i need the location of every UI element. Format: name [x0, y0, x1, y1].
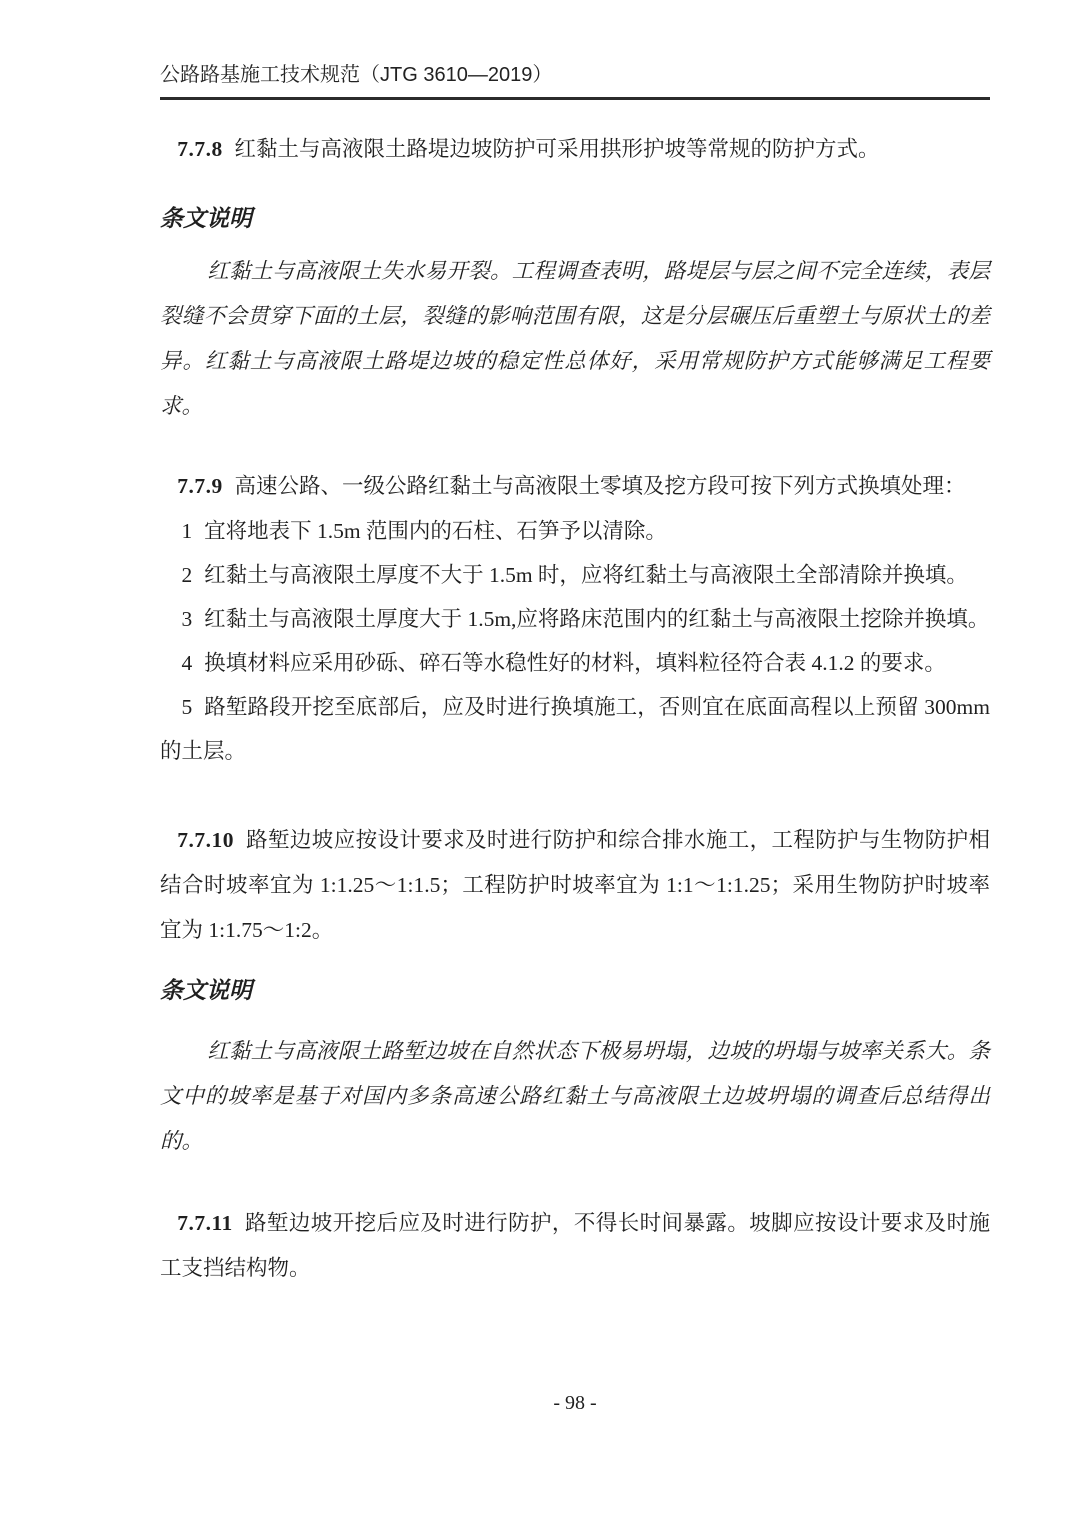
clause-text: 高速公路、一级公路红黏土与高液限土零填及挖方段可按下列方式换填处理：: [235, 474, 966, 498]
item-text: 红黏土与高液限土厚度不大于 1.5m 时，应将红黏土与高液限土全部清除并换填。: [204, 563, 968, 587]
document-page: 公路路基施工技术规范（JTG 3610—2019） 7.7.8红黏土与高液限土路…: [0, 0, 1074, 1520]
page-header: 公路路基施工技术规范（JTG 3610—2019）: [160, 62, 990, 100]
header-rule: [160, 97, 990, 100]
clause-7-7-10: 7.7.10路堑边坡应按设计要求及时进行防护和综合排水施工，工程防护与生物防护相…: [160, 818, 990, 953]
clause-text: 红黏土与高液限土路堤边坡防护可采用拱形护坡等常规的防护方式。: [235, 137, 880, 161]
item-text: 宜将地表下 1.5m 范围内的石柱、石笋予以清除。: [204, 519, 667, 543]
page-body: 7.7.8红黏土与高液限土路堤边坡防护可采用拱形护坡等常规的防护方式。 条文说明…: [160, 127, 990, 1291]
item-number: 4: [182, 651, 193, 675]
clause-7-7-9-item-4: 4换填材料应采用砂砾、碎石等水稳性好的材料，填料粒径符合表 4.1.2 的要求。: [160, 641, 990, 685]
clause-number: 7.7.8: [177, 137, 223, 161]
clause-number: 7.7.11: [177, 1211, 233, 1235]
clause-number: 7.7.10: [177, 828, 234, 852]
clause-7-7-8: 7.7.8红黏土与高液限土路堤边坡防护可采用拱形护坡等常规的防护方式。: [160, 127, 990, 172]
item-number: 2: [182, 563, 193, 587]
clause-text: 路堑边坡应按设计要求及时进行防护和综合排水施工，工程防护与生物防护相结合时坡率宜…: [160, 828, 990, 942]
clause-7-7-9-item-5: 5路堑路段开挖至底部后，应及时进行换填施工，否则宜在底面高程以上预留 300mm…: [160, 685, 990, 773]
clause-number: 7.7.9: [177, 474, 223, 498]
item-number: 5: [182, 695, 193, 719]
running-header-title: 公路路基施工技术规范（JTG 3610—2019）: [160, 62, 990, 88]
notes-heading-2: 条文说明: [160, 971, 990, 1011]
item-text: 路堑路段开挖至底部后，应及时进行换填施工，否则宜在底面高程以上预留 300mm …: [160, 695, 990, 763]
clause-7-7-9-item-2: 2红黏土与高液限土厚度不大于 1.5m 时，应将红黏土与高液限土全部清除并换填。: [160, 553, 990, 597]
notes-paragraph-2: 红黏土与高液限土路堑边坡在自然状态下极易坍塌，边坡的坍塌与坡率关系大。条文中的坡…: [160, 1029, 990, 1164]
notes-paragraph-1: 红黏土与高液限土失水易开裂。工程调查表明，路堤层与层之间不完全连续，表层裂缝不会…: [160, 249, 990, 429]
item-text: 红黏土与高液限土厚度大于 1.5m,应将路床范围内的红黏土与高液限土挖除并换填。: [204, 607, 989, 631]
clause-text: 路堑边坡开挖后应及时进行防护，不得长时间暴露。坡脚应按设计要求及时施工支挡结构物…: [160, 1211, 990, 1280]
clause-7-7-11: 7.7.11路堑边坡开挖后应及时进行防护，不得长时间暴露。坡脚应按设计要求及时施…: [160, 1201, 990, 1291]
item-number: 1: [182, 519, 193, 543]
clause-7-7-9: 7.7.9高速公路、一级公路红黏土与高液限土零填及挖方段可按下列方式换填处理：: [160, 464, 990, 509]
clause-7-7-9-item-3: 3红黏土与高液限土厚度大于 1.5m,应将路床范围内的红黏土与高液限土挖除并换填…: [160, 597, 990, 641]
page-number: - 98 -: [553, 1392, 596, 1414]
notes-heading-1: 条文说明: [160, 199, 990, 239]
item-number: 3: [182, 607, 193, 631]
item-text: 换填材料应采用砂砾、碎石等水稳性好的材料，填料粒径符合表 4.1.2 的要求。: [204, 651, 946, 675]
page-footer: - 98 -: [160, 1392, 990, 1415]
clause-7-7-9-item-1: 1宜将地表下 1.5m 范围内的石柱、石笋予以清除。: [160, 509, 990, 553]
